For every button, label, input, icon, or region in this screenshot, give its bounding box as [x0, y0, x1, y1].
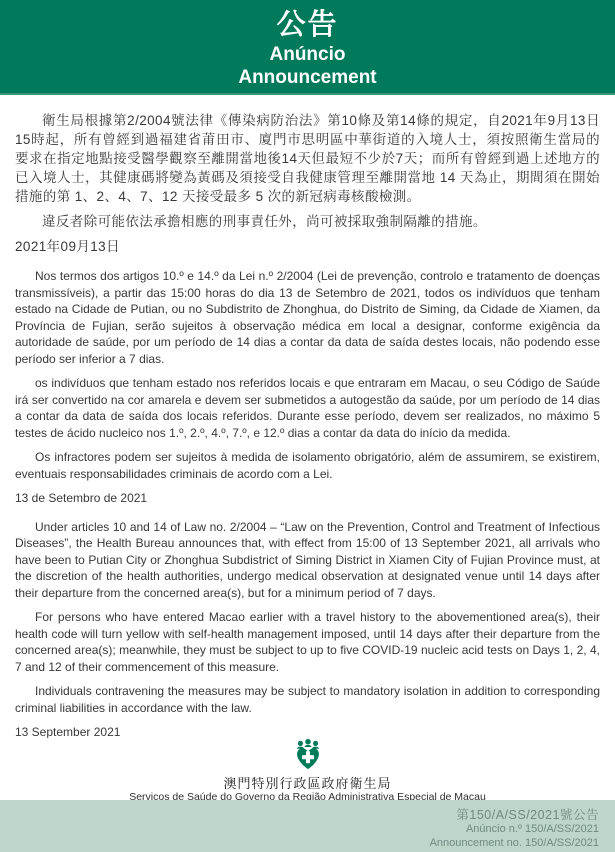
section-english: Under articles 10 and 14 of Law no. 2/20… — [15, 519, 600, 741]
portuguese-paragraph-2: os indivíduos que tenham estado nos refe… — [15, 375, 600, 441]
reference-number-pt: Anúncio n.º 150/A/SS/2021 — [0, 823, 599, 837]
health-bureau-heart-cross-logo-icon — [292, 738, 324, 771]
title-pt: Anúncio — [0, 43, 615, 66]
reference-number-strip: 第150/A/SS/2021號公告 Anúncio n.º 150/A/SS/2… — [0, 800, 615, 852]
organisation-name-zh: 澳門特別行政區政府衛生局 — [0, 776, 615, 791]
announcement-document: 公告 Anúncio Announcement 衛生局根據第2/2004號法律《… — [0, 0, 615, 852]
english-paragraph-1: Under articles 10 and 14 of Law no. 2/20… — [15, 519, 600, 602]
announcement-body: 衛生局根據第2/2004號法律《傳染病防治法》第10條及第14條的規定，自202… — [0, 95, 615, 741]
portuguese-date: 13 de Setembro de 2021 — [15, 490, 600, 507]
chinese-date: 2021年09月13日 — [15, 237, 600, 256]
announcement-header: 公告 Anúncio Announcement — [0, 0, 615, 95]
reference-number-zh: 第150/A/SS/2021號公告 — [0, 807, 599, 823]
title-zh: 公告 — [0, 7, 615, 43]
chinese-paragraph-1: 衛生局根據第2/2004號法律《傳染病防治法》第10條及第14條的規定，自202… — [15, 111, 600, 206]
organisation-footer: 澳門特別行政區政府衛生局 Serviços de Saúde do Govern… — [0, 738, 615, 800]
english-paragraph-2: For persons who have entered Macao earli… — [15, 609, 600, 675]
portuguese-paragraph-1: Nos termos dos artigos 10.º e 14.º da Le… — [15, 268, 600, 367]
title-en: Announcement — [0, 66, 615, 89]
reference-number-en: Announcement no. 150/A/SS/2021 — [0, 837, 599, 851]
section-chinese: 衛生局根據第2/2004號法律《傳染病防治法》第10條及第14條的規定，自202… — [15, 111, 600, 256]
chinese-paragraph-2: 違反者除可能依法承擔相應的刑事責任外，尚可被採取強制隔離的措施。 — [15, 212, 600, 231]
section-portuguese: Nos termos dos artigos 10.º e 14.º da Le… — [15, 268, 600, 507]
portuguese-paragraph-3: Os infractores podem ser sujeitos à medi… — [15, 449, 600, 482]
english-paragraph-3: Individuals contravening the measures ma… — [15, 683, 600, 716]
